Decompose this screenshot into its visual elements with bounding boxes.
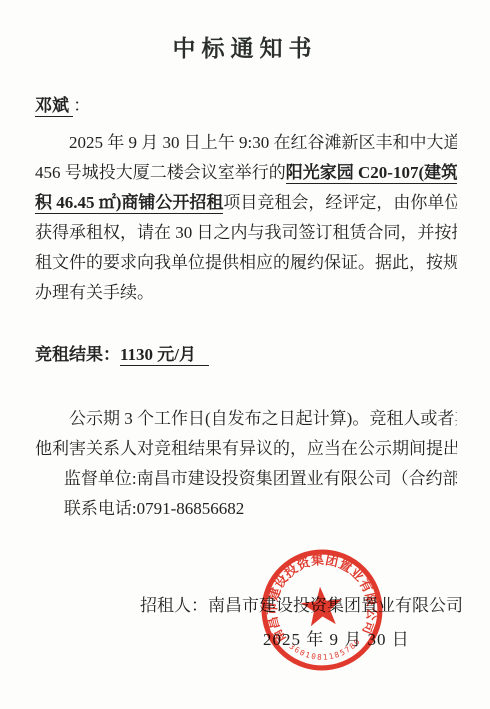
text-line: 联系电话:0791-86856682 — [35, 494, 457, 524]
text-line: 456 号城投大厦二楼会议室举行的阳光家园 C20-107(建筑面 — [35, 158, 457, 188]
addressee-line: 邓斌 ： — [35, 92, 457, 120]
text-segment: 办理有关手续。 — [35, 283, 154, 302]
document-title: 中标通知书 — [0, 30, 490, 63]
seal-star-icon — [300, 585, 344, 627]
text-line: 积 46.45 ㎡)商铺公开招租项目竞租会，经评定，由你单位 — [35, 188, 457, 218]
text-line: 获得承租权，请在 30 日之内与我司签订租赁合同，并按招 — [35, 218, 457, 248]
official-seal-stamp: 南昌市建设投资集团置业有限公司 3601081185780 — [254, 542, 391, 679]
text-segment: 监督单位:南昌市建设投资集团置业有限公司（合约部） — [64, 469, 457, 488]
text-line: 邓斌 ： — [35, 92, 457, 120]
text-segment: ： — [73, 96, 90, 115]
highlighted-text: 阳光家园 C20-107(建筑面 — [286, 163, 457, 184]
text-segment: 联系电话:0791-86856682 — [64, 499, 244, 518]
text-segment: 项目竞租会，经评定，由你单位 — [223, 193, 457, 212]
text-segment: 租文件的要求向我单位提供相应的履约保证。据此，按规定 — [35, 253, 457, 272]
text-segment: 获得承租权，请在 30 日之内与我司签订租赁合同，并按招 — [35, 223, 457, 242]
body-paragraph-1: 2025 年 9 月 30 日上午 9:30 在红谷滩新区丰和中大道456 号城… — [35, 128, 457, 308]
text-line: 他利害关系人对竞租结果有异议的，应当在公示期间提出。 — [35, 434, 457, 464]
body-paragraph-2: 公示期 3 个工作日(自发布之日起计算)。竞租人或者其他利害关系人对竞租结果有异… — [35, 404, 457, 524]
text-line: 竞租结果：1130 元/月 — [35, 340, 457, 370]
text-line: 公示期 3 个工作日(自发布之日起计算)。竞租人或者其 — [35, 404, 457, 434]
text-line: 2025 年 9 月 30 日上午 9:30 在红谷滩新区丰和中大道 — [35, 128, 457, 158]
text-line: 办理有关手续。 — [35, 278, 457, 308]
text-segment: 他利害关系人对竞租结果有异议的，应当在公示期间提出。 — [35, 439, 457, 458]
text-segment: 公示期 3 个工作日(自发布之日起计算)。竞租人或者其 — [69, 409, 457, 428]
document-page: 中标通知书 邓斌 ： 2025 年 9 月 30 日上午 9:30 在红谷滩新区… — [0, 0, 490, 709]
highlighted-text: 邓斌 — [35, 96, 73, 117]
bid-result-line: 竞租结果：1130 元/月 — [35, 340, 457, 370]
text-segment: 2025 年 9 月 30 日上午 9:30 在红谷滩新区丰和中大道 — [69, 133, 457, 152]
highlighted-text: 1130 元/月 — [120, 345, 209, 366]
text-line: 监督单位:南昌市建设投资集团置业有限公司（合约部） — [35, 464, 457, 494]
text-segment: 竞租结果： — [35, 345, 120, 364]
text-segment: 456 号城投大厦二楼会议室举行的 — [35, 163, 286, 182]
highlighted-text: 积 46.45 ㎡)商铺公开招租 — [35, 193, 223, 214]
text-line: 租文件的要求向我单位提供相应的履约保证。据此，按规定 — [35, 248, 457, 278]
